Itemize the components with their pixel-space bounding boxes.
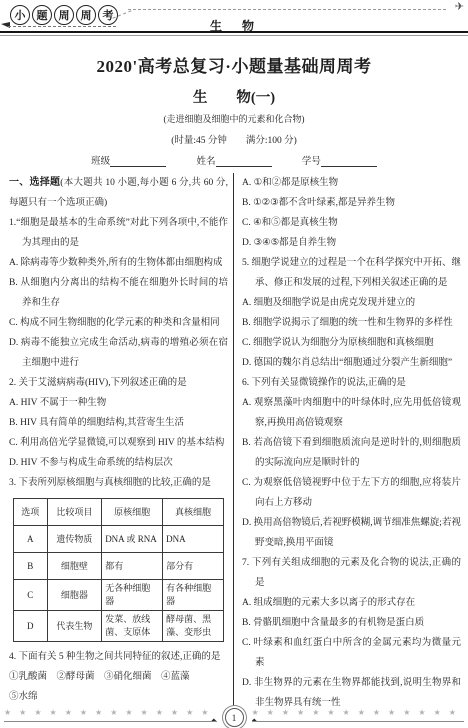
dashed-rule <box>128 9 446 10</box>
question-option: B. 细胞学说揭示了细胞的统一性和生物界的多样性 <box>242 313 461 333</box>
question-option: B. 从细胞内分离出的结构不能在细胞外长时间的培养和生存 <box>9 273 228 313</box>
student-info-line: 班级 姓名 学号 <box>0 153 468 167</box>
question-stem: 1.“细胞是最基本的生命系统”对此下列各项中,不能作为其理由的是 <box>9 213 228 253</box>
table-header-cell: 比较项目 <box>47 499 102 526</box>
right-column: A. ①和②都是原核生物B. ①②③都不含叶绿素,都是异养生物C. ④和⑤都是真… <box>233 173 462 711</box>
table-header-cell: 真核细胞 <box>163 499 224 526</box>
question-stem: 4. 下面有关 5 种生物之间共同特征的叙述,正确的是 <box>9 647 228 667</box>
header-rule-thin <box>0 35 468 36</box>
table-cell: 都有 <box>102 553 163 580</box>
table-row: C细胞器无各种细胞器有各种细胞器 <box>14 580 224 611</box>
table-cell: 发菜、放线菌、支原体 <box>102 611 163 642</box>
table-cell: D <box>14 611 48 642</box>
question-option: B. 骨骼肌细胞中含量最多的有机物是蛋白质 <box>242 613 461 633</box>
table-cell: DNA <box>163 526 224 553</box>
paper-subject-title: 生 物(一) <box>0 86 468 107</box>
comparison-table: 选项比较项目原核细胞真核细胞A遗传物质DNA 或 RNADNAB细胞壁都有部分有… <box>13 498 224 642</box>
name-blank-line <box>216 157 272 167</box>
question-option: A. 除病毒等少数种类外,所有的生物体都由细胞构成 <box>9 253 228 273</box>
table-header-cell: 原核细胞 <box>102 499 163 526</box>
question-stem: 7. 下列有关组成细胞的元素及化合物的说法,正确的是 <box>242 553 461 593</box>
question-option: B. 若高倍镜下看到细胞质流向是逆时针的,则细胞质的实际流向应是顺时针的 <box>242 433 461 473</box>
question-option: C. ④和⑤都是真核生物 <box>242 213 461 233</box>
star-row: ★ ★ ★ ★ ★ ★ ★ ★ ★ ★ ★ ★ ★ ★ ★ ★ ★ ★ <box>252 708 465 717</box>
table-cell: 细胞器 <box>47 580 102 611</box>
diamond-icon: ◆ <box>211 717 216 722</box>
question-stem: 6. 下列有关显微镜操作的说法,正确的是 <box>242 373 461 393</box>
table-cell: 代表生物 <box>47 611 102 642</box>
table-cell: 遗传物质 <box>47 526 102 553</box>
paper-series-title: 2020'高考总复习·小题量基础周周考 <box>0 52 468 77</box>
question-stem: 2. 关于艾滋病病毒(HIV),下列叙述正确的是 <box>9 373 228 393</box>
table-row: D代表生物发菜、放线菌、支原体酵母菌、黑藻、变形虫 <box>14 611 224 642</box>
question-option: A. 细胞及细胞学说是由虎克发现并建立的 <box>242 293 461 313</box>
table-cell: 有各种细胞器 <box>163 580 224 611</box>
question-option: C. 叶绿素和血红蛋白中所含的金属元素均为微量元素 <box>242 633 461 673</box>
table-row: A遗传物质DNA 或 RNADNA <box>14 526 224 553</box>
question-items-line: ①乳酸菌 ②酵母菌 ③硝化细菌 ④蓝藻 <box>9 667 228 687</box>
table-cell: 部分有 <box>163 553 224 580</box>
table-cell: B <box>14 553 48 580</box>
table-cell: 无各种细胞器 <box>102 580 163 611</box>
footer-star-rule-left: ★ ★ ★ ★ ★ ★ ★ ★ ★ ★ ★ ★ ★ ★ ★ ★ ★ ★ ◆ <box>4 702 217 722</box>
star-row: ★ ★ ★ ★ ★ ★ ★ ★ ★ ★ ★ ★ ★ ★ ★ ★ ★ ★ <box>4 708 217 717</box>
class-field-label: 班级 <box>91 157 110 167</box>
page-number-badge: 1 <box>225 708 244 727</box>
question-option: B. HIV 具有简单的细胞结构,其营寄生生活 <box>9 413 228 433</box>
table-cell: A <box>14 526 48 553</box>
question-option: D. 病毒不能独立完成生命活动,病毒的增殖必须在宿主细胞中进行 <box>9 333 228 373</box>
page-header: 小 题 周 周 考 ✈ 生 物 <box>0 0 468 37</box>
student-id-blank-line <box>321 157 377 167</box>
question-option: B. ①②③都不含叶绿素,都是异养生物 <box>242 193 461 213</box>
diamond-icon: ◆ <box>252 717 257 722</box>
class-field: 班级 <box>91 157 166 167</box>
question-stem: 3. 下表所列原核细胞与真核细胞的比较,正确的是 <box>9 473 228 493</box>
two-column-body: 一、选择题(本大题共 10 小题,每小题 6 分,共 60 分,每题只有一个选项… <box>8 173 462 711</box>
paper-plane-icon: ✈ <box>455 0 464 13</box>
footer-star-rule-right: ◆ ★ ★ ★ ★ ★ ★ ★ ★ ★ ★ ★ ★ ★ ★ ★ ★ ★ ★ <box>252 702 465 722</box>
page-footer: ★ ★ ★ ★ ★ ★ ★ ★ ★ ★ ★ ★ ★ ★ ★ ★ ★ ★ ◆ 1 … <box>4 702 464 722</box>
header-rule-thick <box>0 31 468 33</box>
student-id-field-label: 学号 <box>302 157 321 167</box>
paper-timing-line: (时量:45 分钟 满分:100 分) <box>0 132 468 146</box>
question-option: A. HIV 不属于一种生物 <box>9 393 228 413</box>
question-stem: 5. 细胞学说建立的过程是一个在科学探究中开拓、继承、修正和发展的过程,下列相关… <box>242 253 461 293</box>
name-field-label: 姓名 <box>196 157 215 167</box>
question-option: D. 换用高倍物镜后,若视野模糊,调节细准焦螺旋;若视野变暗,换用平面镜 <box>242 513 461 553</box>
table-cell: 酵母菌、黑藻、变形虫 <box>163 611 224 642</box>
question-option: D. ③④⑤都是自养生物 <box>242 233 461 253</box>
question-option: C. 细胞学说认为细胞分为原核细胞和真核细胞 <box>242 333 461 353</box>
section-title: 一、选择题 <box>9 177 60 188</box>
table-cell: C <box>14 580 48 611</box>
question-option: A. 组成细胞的元素大多以离子的形式存在 <box>242 593 461 613</box>
table-cell: DNA 或 RNA <box>102 526 163 553</box>
left-column: 一、选择题(本大题共 10 小题,每小题 6 分,共 60 分,每题只有一个选项… <box>8 173 233 711</box>
question-option: A. ①和②都是原核生物 <box>242 173 461 193</box>
name-field: 姓名 <box>196 157 271 167</box>
table-row: B细胞壁都有部分有 <box>14 553 224 580</box>
question-option: D. HIV 不参与构成生命系统的结构层次 <box>9 453 228 473</box>
table-header-cell: 选项 <box>14 499 48 526</box>
exam-paper-page: 小 题 周 周 考 ✈ 生 物 2020'高考总复习·小题量基础周周考 生 物(… <box>0 0 468 728</box>
question-option: D. 德国的魏尔肖总结出“细胞通过分裂产生新细胞” <box>242 353 461 373</box>
page-number: 1 <box>232 713 237 723</box>
section-heading: 一、选择题(本大题共 10 小题,每小题 6 分,共 60 分,每题只有一个选项… <box>9 173 228 213</box>
paper-scope-subtitle: (走进细胞及细胞中的元素和化合物) <box>0 112 468 125</box>
question-option: C. 为观察低倍镜视野中位于左下方的细胞,应将装片向右上方移动 <box>242 473 461 513</box>
question-option: A. 观察黑藻叶肉细胞中的叶绿体时,应先用低倍镜观察,再换用高倍镜观察 <box>242 393 461 433</box>
question-option: C. 构成不同生物细胞的化学元素的种类和含量相同 <box>9 313 228 333</box>
student-id-field: 学号 <box>302 157 377 167</box>
table-cell: 细胞壁 <box>47 553 102 580</box>
question-option: C. 利用高倍光学显微镜,可以观察到 HIV 的基本结构 <box>9 433 228 453</box>
class-blank-line <box>110 157 166 167</box>
table-header-row: 选项比较项目原核细胞真核细胞 <box>14 499 224 526</box>
